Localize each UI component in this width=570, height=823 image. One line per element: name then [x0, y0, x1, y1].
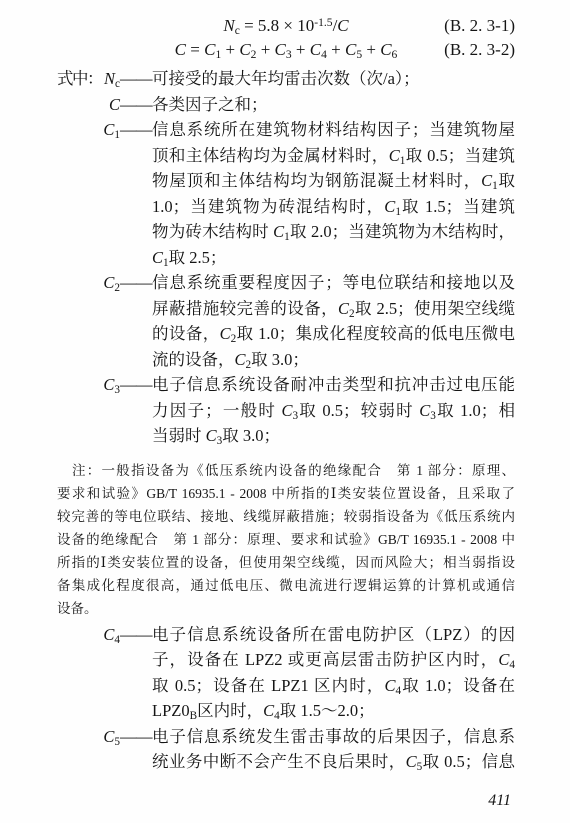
line-text: 电子信息系统发生雷击事故的后果因子，信息系 — [152, 724, 515, 750]
line-text: 力因子；一般时 C3取 0.5；较弱时 C3取 1.0；相 — [152, 398, 515, 424]
text-line: 的设备，C2取 1.0；集成化程度较高的低电压微电 — [57, 321, 515, 347]
text-line: 式中：Nc——可接受的最大年均雷击次数（次/a）； — [57, 66, 515, 92]
line-text: 物屋顶和主体结构均为钢筋混凝土材料时，C1取 — [152, 168, 515, 194]
text-line: 力因子；一般时 C3取 0.5；较弱时 C3取 1.0；相 — [57, 398, 515, 424]
definitions-block: 式中：Nc——可接受的最大年均雷击次数（次/a）；C——各类因子之和；C1——信… — [57, 66, 515, 449]
line-text: 流的设备，C2取 3.0； — [152, 347, 515, 373]
text-line: 1.0；当建筑物为砖混结构时，C1取 1.5；当建筑 — [57, 194, 515, 220]
term-label: C5—— — [57, 724, 152, 750]
note-line: 注：一般指设备为《低压系统内设备的绝缘配合 第 1 部分：原理、 — [57, 459, 515, 482]
text-line: C4——电子信息系统设备所在雷电防护区（LPZ）的因 — [57, 622, 515, 648]
line-text: LPZ0B区内时，C4取 1.5～2.0； — [152, 698, 515, 724]
line-text: 电子信息系统设备所在雷电防护区（LPZ）的因 — [152, 622, 515, 648]
formula-body: Nc = 5.8 × 10-1.5/C — [223, 14, 348, 38]
note-line: 设备。 — [57, 597, 515, 620]
text-line: 屏蔽措施较完善的设备，C2取 2.5；使用架空线缆 — [57, 296, 515, 322]
note-line: 所指的Ⅰ类安装位置的设备，但使用架空线缆，因而风险大；相当弱指设 — [57, 551, 515, 574]
line-text: 统业务中断不会产生不良后果时，C5取 0.5；信息 — [152, 749, 515, 775]
text-line: LPZ0B区内时，C4取 1.5～2.0； — [57, 698, 515, 724]
term-label: 式中：Nc—— — [57, 66, 152, 92]
formula-block: Nc = 5.8 × 10-1.5/C(B. 2. 3-1)C = C1 + C… — [57, 14, 515, 62]
line-text: 当弱时 C3取 3.0； — [152, 423, 515, 449]
line-text: 可接受的最大年均雷击次数（次/a）； — [152, 66, 515, 92]
text-line: C1——信息系统所在建筑物材料结构因子；当建筑物屋 — [57, 117, 515, 143]
line-text: 信息系统所在建筑物材料结构因子；当建筑物屋 — [152, 117, 515, 143]
formula: C = C1 + C2 + C3 + C4 + C5 + C6(B. 2. 3-… — [57, 38, 515, 62]
text-line: 取 0.5；设备在 LPZ1 区内时，C4取 1.0；设备在 — [57, 673, 515, 699]
text-line: C5——电子信息系统发生雷击事故的后果因子，信息系 — [57, 724, 515, 750]
line-text: 1.0；当建筑物为砖混结构时，C1取 1.5；当建筑 — [152, 194, 515, 220]
term-label: C4—— — [57, 622, 152, 648]
line-text: 信息系统重要程度因子；等电位联结和接地以及 — [152, 270, 515, 296]
text-line: 统业务中断不会产生不良后果时，C5取 0.5；信息 — [57, 749, 515, 775]
line-text: 屏蔽措施较完善的设备，C2取 2.5；使用架空线缆 — [152, 296, 515, 322]
line-text: 子，设备在 LPZ2 或更高层雷击防护区内时，C4 — [152, 647, 515, 673]
term-label: C1—— — [57, 117, 152, 143]
text-line: 子，设备在 LPZ2 或更高层雷击防护区内时，C4 — [57, 647, 515, 673]
definitions-block-2: C4——电子信息系统设备所在雷电防护区（LPZ）的因子，设备在 LPZ2 或更高… — [57, 622, 515, 775]
line-text: C1取 2.5； — [152, 245, 515, 271]
formula-body: C = C1 + C2 + C3 + C4 + C5 + C6 — [175, 38, 398, 62]
document-page: Nc = 5.8 × 10-1.5/C(B. 2. 3-1)C = C1 + C… — [0, 0, 570, 823]
page-number: 411 — [57, 788, 515, 813]
text-line: 流的设备，C2取 3.0； — [57, 347, 515, 373]
text-line: 当弱时 C3取 3.0； — [57, 423, 515, 449]
equation-number: (B. 2. 3-2) — [444, 38, 515, 62]
note-line: 备集成化程度很高，通过低电压、微电流进行逻辑运算的计算机或通信 — [57, 574, 515, 597]
line-text: 取 0.5；设备在 LPZ1 区内时，C4取 1.0；设备在 — [152, 673, 515, 699]
line-text: 电子信息系统设备耐冲击类型和抗冲击过电压能 — [152, 372, 515, 398]
text-line: C2——信息系统重要程度因子；等电位联结和接地以及 — [57, 270, 515, 296]
text-line: C3——电子信息系统设备耐冲击类型和抗冲击过电压能 — [57, 372, 515, 398]
formula: Nc = 5.8 × 10-1.5/C(B. 2. 3-1) — [57, 14, 515, 38]
line-text: 各类因子之和； — [152, 92, 515, 118]
term-label: C—— — [57, 92, 152, 118]
line-text: 物为砖木结构时 C1取 2.0；当建筑物为木结构时， — [152, 219, 515, 245]
equation-number: (B. 2. 3-1) — [444, 14, 515, 38]
text-line: 物为砖木结构时 C1取 2.0；当建筑物为木结构时， — [57, 219, 515, 245]
note-line: 较完善的等电位联结、接地、线缆屏蔽措施；较弱指设备为《低压系统内 — [57, 505, 515, 528]
page-content: Nc = 5.8 × 10-1.5/C(B. 2. 3-1)C = C1 + C… — [57, 14, 515, 813]
text-line: C1取 2.5； — [57, 245, 515, 271]
line-text: 顶和主体结构均为金属材料时，C1取 0.5；当建筑 — [152, 143, 515, 169]
text-line: 顶和主体结构均为金属材料时，C1取 0.5；当建筑 — [57, 143, 515, 169]
note-line: 要求和试验》GB/T 16935.1 - 2008 中所指的Ⅰ类安装位置设备，且… — [57, 482, 515, 505]
note-block: 注：一般指设备为《低压系统内设备的绝缘配合 第 1 部分：原理、要求和试验》GB… — [57, 459, 515, 620]
term-label: C3—— — [57, 372, 152, 398]
text-line: C——各类因子之和； — [57, 92, 515, 118]
note-line: 设备的绝缘配合 第 1 部分：原理、要求和试验》GB/T 16935.1 - 2… — [57, 528, 515, 551]
line-text: 的设备，C2取 1.0；集成化程度较高的低电压微电 — [152, 321, 515, 347]
term-label: C2—— — [57, 270, 152, 296]
text-line: 物屋顶和主体结构均为钢筋混凝土材料时，C1取 — [57, 168, 515, 194]
lead-in-label: 式中： — [57, 66, 102, 92]
